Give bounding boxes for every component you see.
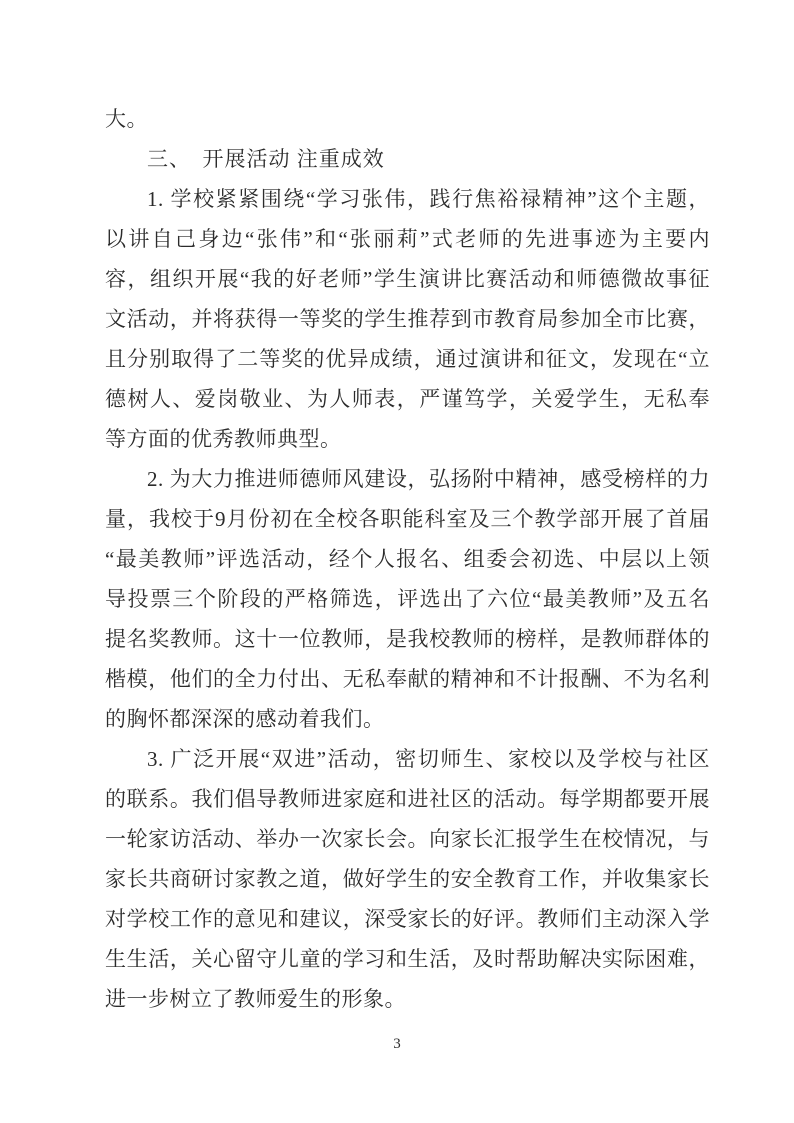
text-line: 的联系。我们倡导教师进家庭和进社区的活动。每学期都要开展	[105, 779, 710, 819]
text-line: 以讲自己身边“张伟”和“张丽莉”式老师的先进事迹为主要内	[105, 219, 710, 259]
text-line: 生生活，关心留守儿童的学习和生活，及时帮助解决实际困难，	[105, 939, 710, 979]
text-line: 导投票三个阶段的严格筛选，评选出了六位“最美教师”及五名	[105, 579, 710, 619]
document-body: 大。三、 开展活动 注重成效1. 学校紧紧围绕“学习张伟，践行焦裕禄精神”这个主…	[105, 99, 710, 1019]
page-number: 3	[393, 1036, 401, 1052]
text-line: 对学校工作的意见和建议，深受家长的好评。教师们主动深入学	[105, 899, 710, 939]
text-line: 等方面的优秀教师典型。	[105, 419, 710, 459]
text-line: 2. 为大力推进师德师风建设，弘扬附中精神，感受榜样的力	[105, 459, 710, 499]
text-line: 楷模，他们的全力付出、无私奉献的精神和不计报酬、不为名利	[105, 659, 710, 699]
text-line: 容，组织开展“我的好老师”学生演讲比赛活动和师德微故事征	[105, 259, 710, 299]
text-line: 提名奖教师。这十一位教师，是我校教师的榜样，是教师群体的	[105, 619, 710, 659]
document-page: 大。三、 开展活动 注重成效1. 学校紧紧围绕“学习张伟，践行焦裕禄精神”这个主…	[0, 0, 794, 1123]
page-footer: 3	[0, 1036, 794, 1053]
text-line: 德树人、爱岗敬业、为人师表，严谨笃学，关爱学生，无私奉献”	[105, 379, 710, 419]
text-line: 的胸怀都深深的感动着我们。	[105, 699, 710, 739]
section-heading: 三、 开展活动 注重成效	[105, 139, 710, 179]
text-line: 文活动，并将获得一等奖的学生推荐到市教育局参加全市比赛，	[105, 299, 710, 339]
text-line: 且分别取得了二等奖的优异成绩，通过演讲和征文，发现在“立	[105, 339, 710, 379]
text-line: 1. 学校紧紧围绕“学习张伟，践行焦裕禄精神”这个主题，	[105, 179, 710, 219]
text-line: “最美教师”评选活动，经个人报名、组委会初选、中层以上领	[105, 539, 710, 579]
text-line: 一轮家访活动、举办一次家长会。向家长汇报学生在校情况，与	[105, 819, 710, 859]
text-line: 3. 广泛开展“双进”活动，密切师生、家校以及学校与社区	[105, 739, 710, 779]
text-line: 大。	[105, 99, 710, 139]
text-line: 量，我校于9月份初在全校各职能科室及三个教学部开展了首届	[105, 499, 710, 539]
text-line: 进一步树立了教师爱生的形象。	[105, 979, 710, 1019]
text-line: 家长共商研讨家教之道，做好学生的安全教育工作，并收集家长	[105, 859, 710, 899]
